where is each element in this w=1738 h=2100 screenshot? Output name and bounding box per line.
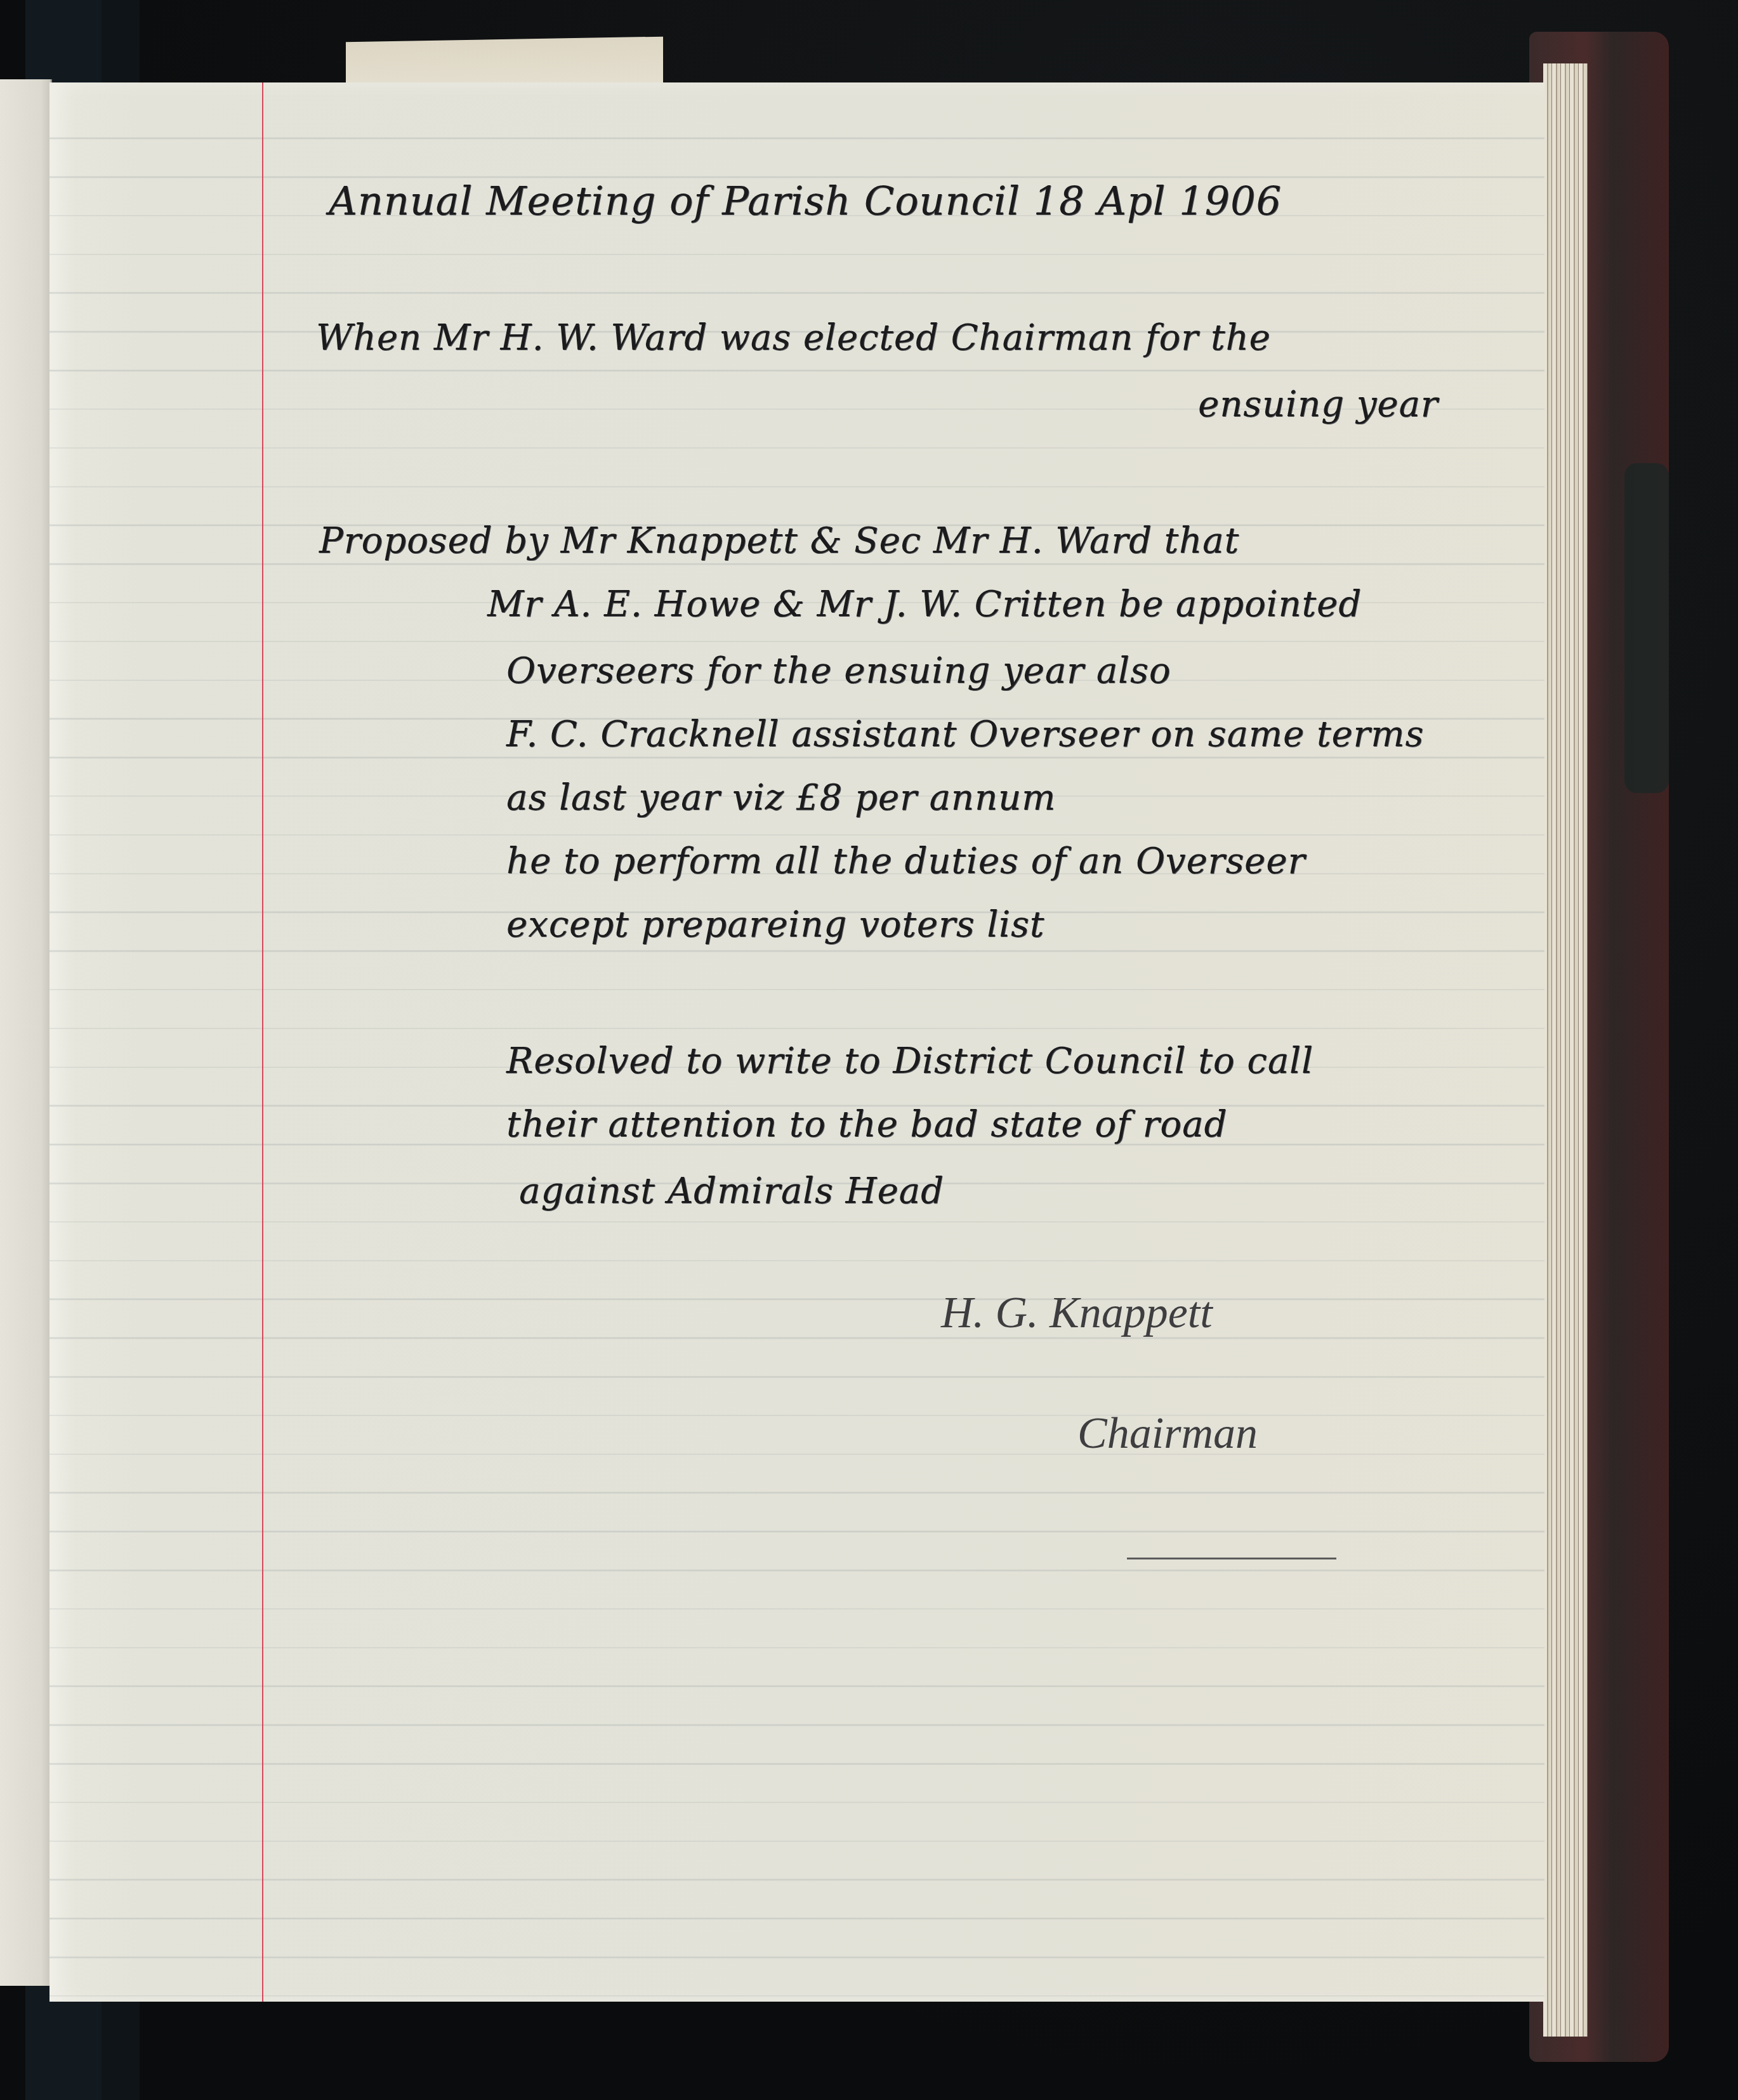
election-line-2: ensuing year xyxy=(1198,384,1438,425)
overseers-line-6: he to perform all the duties of an Overs… xyxy=(506,841,1305,882)
overseers-line-5: as last year viz £8 per annum xyxy=(506,777,1056,818)
red-margin-rule xyxy=(262,82,263,2002)
resolution-line-1: Resolved to write to District Council to… xyxy=(506,1040,1313,1082)
overseers-line-1: Proposed by Mr Knappett & Sec Mr H. Ward… xyxy=(319,520,1239,561)
election-line-1: When Mr H. W. Ward was elected Chairman … xyxy=(316,317,1271,358)
resolution-line-3: against Admirals Head xyxy=(519,1171,944,1212)
signature-underline xyxy=(1127,1558,1336,1559)
signature-title: Chairman xyxy=(1077,1408,1258,1459)
resolution-line-2: their attention to the bad state of road xyxy=(506,1104,1227,1145)
overseers-line-7: except prepareing voters list xyxy=(506,904,1044,945)
minute-book-page: Annual Meeting of Parish Council 18 Apl … xyxy=(49,82,1544,2002)
signature-name: H. G. Knappett xyxy=(941,1288,1213,1339)
overseers-line-3: Overseers for the ensuing year also xyxy=(506,650,1171,692)
minutes-heading: Annual Meeting of Parish Council 18 Apl … xyxy=(329,178,1282,224)
stacked-page-edges xyxy=(1543,63,1588,2037)
overseers-line-4: F. C. Cracknell assistant Overseer on sa… xyxy=(506,714,1424,755)
overseers-line-2: Mr A. E. Howe & Mr J. W. Critten be appo… xyxy=(487,584,1362,625)
left-page-edge xyxy=(0,79,52,1986)
cover-wear-patch xyxy=(1624,463,1669,793)
